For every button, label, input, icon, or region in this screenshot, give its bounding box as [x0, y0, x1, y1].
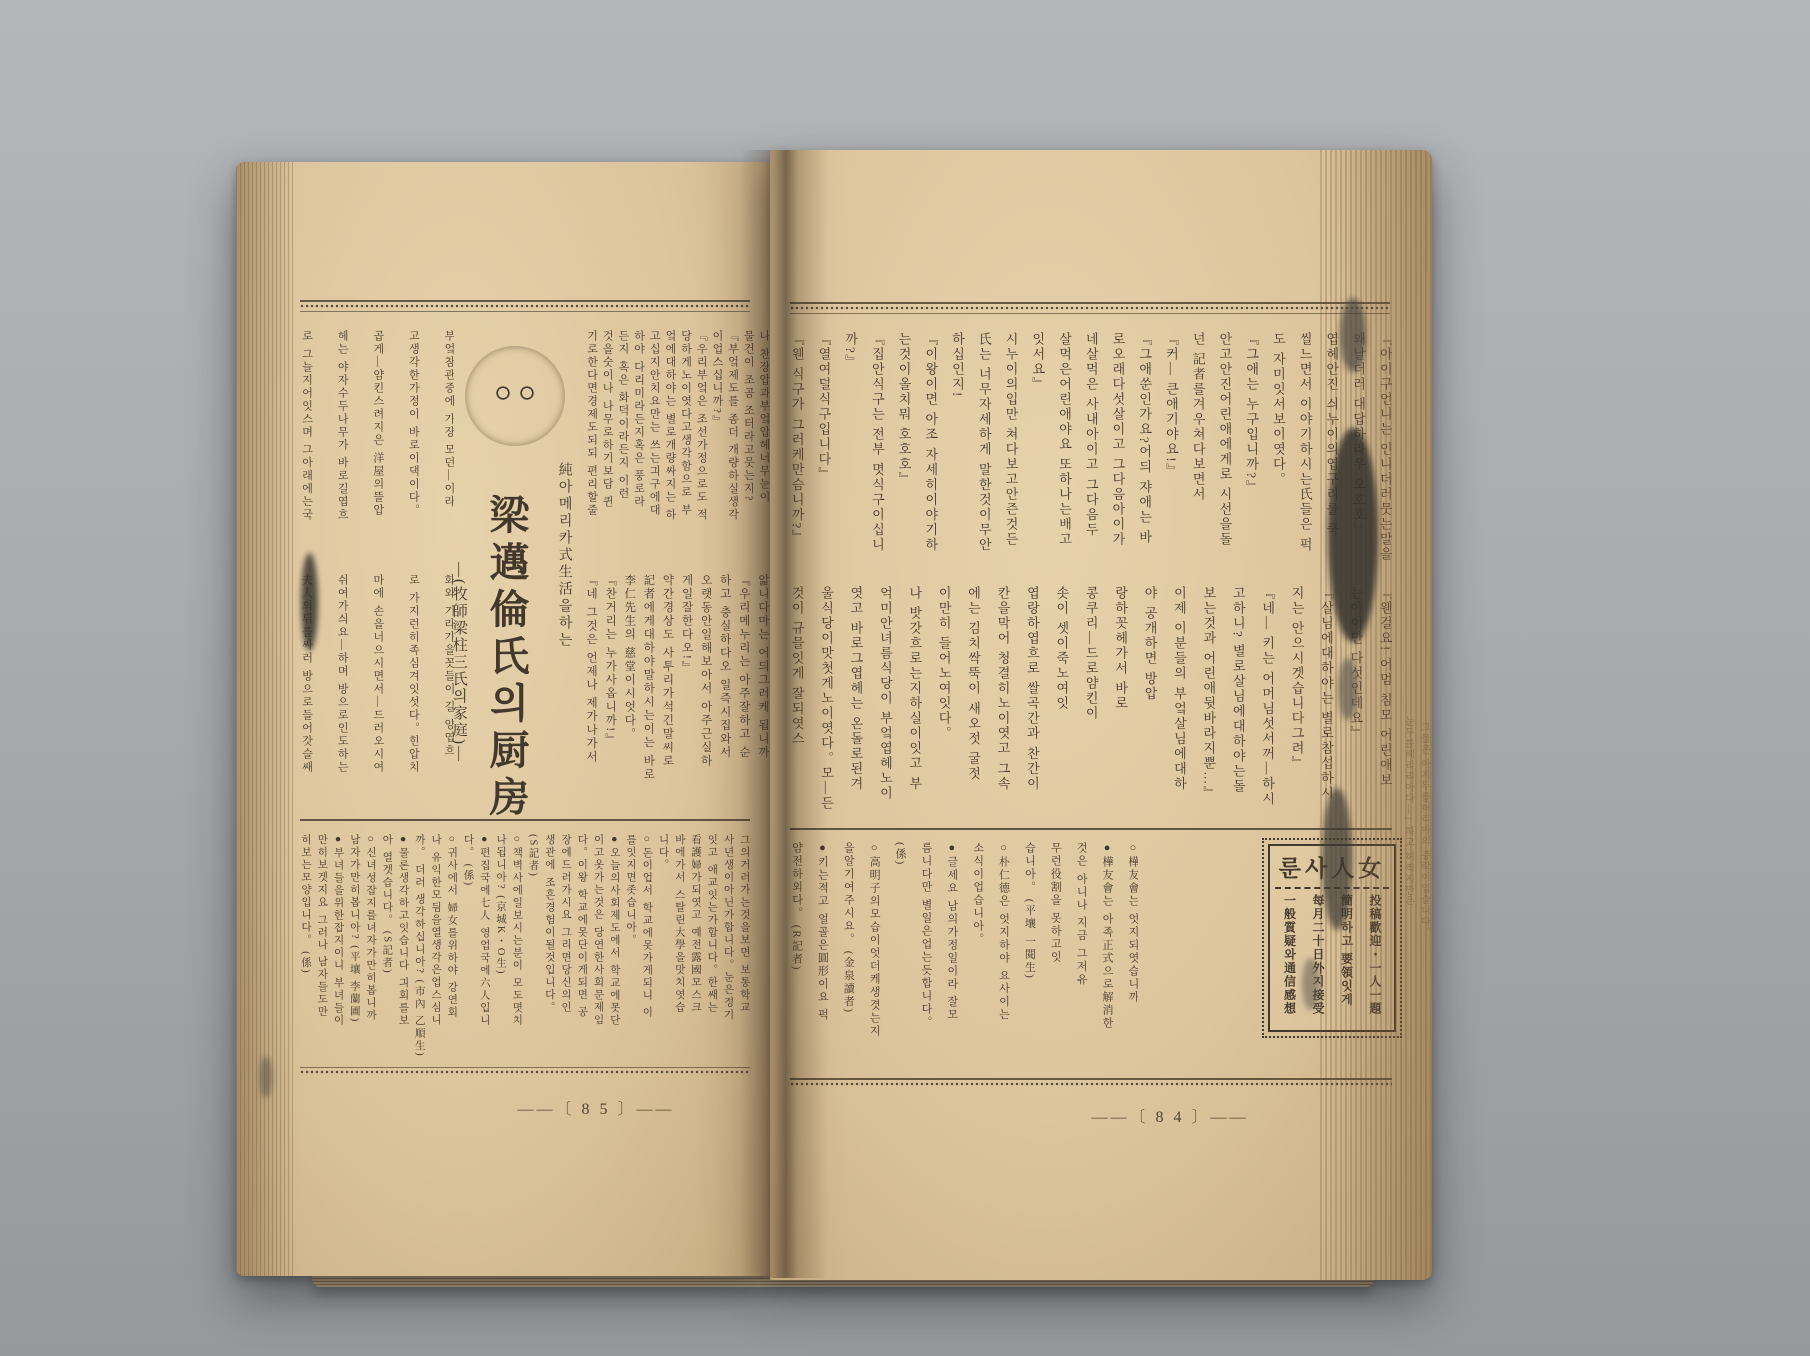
- text-column: 시누이의입만 쳐다보고안즌것든: [1004, 332, 1018, 547]
- magazine-page-left: 나 찬장압과부엌압헤너무눈이물건이 조곰 조터라고뭇는지?『부엌제도를 좀더 개…: [236, 162, 770, 1276]
- text-column: 생관에 조흔경험이될것입니다。: [544, 834, 555, 1014]
- text-column: 이업스십니까?』: [710, 330, 722, 428]
- text-column: ●물론생각하고잇습니다 긔회를보: [398, 834, 409, 1027]
- text-column: 씰느면서 이야기하시는氏들은 퍽: [1298, 332, 1312, 553]
- text-column: 곱게―얌킨스려지은 洋屋의뜰압: [371, 330, 383, 517]
- text-column: 『그애쑨인가요?어듸 쟈애는 바: [1138, 332, 1152, 545]
- page-top-border: [790, 302, 1390, 314]
- text-column: 나 유익한모딈을열생각은업스심니: [430, 834, 441, 1026]
- text-column: 다。 (係): [463, 834, 474, 887]
- text-column: 그의거러가는것을보면 보통학교: [739, 834, 750, 1014]
- text-column: 이제 이분들의 부엌살님에대하: [1172, 586, 1186, 792]
- text-column: 고십지안치요만는 쓰는긔구에대: [648, 330, 660, 517]
- text-column: ○책벽사에일보시는분이 모도몃치: [511, 834, 522, 1027]
- text-column: 李仁先生의 慈堂이시엇다。: [623, 574, 635, 741]
- text-column: 것을숫이나 나무로하기보담 퀸: [601, 330, 613, 509]
- text-column: 『네― 키는 어머님섯서꺼―하시: [1261, 586, 1275, 807]
- text-column: ○귀사에서 婦女를위하야 강연회: [446, 834, 457, 1019]
- text-column: ○신녀성잡지를녀자가만히봅니까: [365, 834, 376, 1022]
- text-column: 『아이구언니는 인니더러뭇는말을: [1378, 332, 1392, 562]
- fore-edge-ghost-text: 눈두를헤리리아다―」하고 허젹지만은: [1402, 716, 1413, 1026]
- page-number-85: ——〔 8 5 〕——: [366, 1096, 826, 1119]
- text-column: 고생각한가정이 바로이댁이다。: [407, 330, 419, 517]
- notice-line: 每月二十日外지接受: [1311, 894, 1324, 1020]
- notice-line: 投稿歡迎・一人一題: [1368, 894, 1381, 1020]
- qa-text-block: ○樺友會는 엇지되엿습니까●樺友會는 아족正式으로解消한것은 아니나 지금 그저…: [790, 842, 1138, 1072]
- text-column: 에는 김치싹뚝이 새오젓 굴젓: [966, 586, 980, 782]
- text-column: ●부녀들을위한잡지이니 부녀들이: [333, 834, 344, 1027]
- text-column: 습니아。 (平壤 一閱生): [1023, 842, 1035, 980]
- text-column: 엽랑하엽흐로 쌀곡간과 찬간이: [1025, 586, 1039, 792]
- text-column: 는것이올치뭐 호호호』: [897, 332, 911, 487]
- page-bottom-border: [790, 1078, 1392, 1089]
- text-column: 쉬여가싀요―하며 방으로인도하는: [336, 574, 348, 774]
- text-column: 장에드러가시요 그리면당신의인: [560, 834, 571, 1014]
- text-column: 로 가지런히족심겨잇섯다。힌압치: [407, 574, 419, 774]
- text-column: 마에 손을너으시면서―드러오시여: [371, 574, 383, 774]
- article-text-block: 화와 기라가을꼿들이 길 양엽흐로 가지런히족심겨잇섯다。힌압치마에 손을너으시…: [300, 574, 454, 818]
- text-column: 엽헤안진 싀누이의엽구리를 쿡: [1325, 332, 1339, 538]
- text-column: 『웬 식구가 그러케만슴니까?』: [790, 332, 804, 545]
- section-divider: [300, 819, 750, 821]
- text-column: 물건이 조곰 조터라고뭇는지?: [742, 330, 754, 502]
- reader-notice-box: 룬사人女 投稿歡迎・一人一題簡明하고 要領잇게每月二十日外지接受一般質疑와通信感…: [1268, 844, 1396, 1032]
- text-column: 『집안식구는 전부 몃식구이십니: [870, 332, 884, 553]
- text-column: 나 밧갓흐로는지하실이잇고 부: [908, 586, 922, 792]
- text-column: 하고 충실하다오 일즉시집와서: [719, 574, 731, 759]
- notice-line: 一般質疑와通信感想: [1283, 894, 1296, 1020]
- text-column: 다。이왕 학교에못단이게되면 공: [576, 834, 587, 1018]
- text-column: 약간경상도 사투리가석긴말씨로: [661, 574, 673, 768]
- article-text-block: 부엌참관중에 가장 모던―이라고생각한가정이 바로이댁이다。곱게―얌킨스려지은 …: [300, 330, 454, 564]
- photo-backdrop: { "colors":{"backdrop":"#a9acaf","paper"…: [0, 0, 1810, 1356]
- text-column: 이고옷가는것은 당연한사회문제임: [593, 834, 604, 1026]
- text-column: 안고안진어린애에게로 시선을돌: [1218, 332, 1232, 547]
- text-column: 『우리부엌은 조선가정으로도 적: [695, 330, 707, 522]
- text-column: 당하게노이엿다고생각함으로 부: [679, 330, 691, 517]
- text-column: 氏는 너무자세하게 말한것이무안: [977, 332, 991, 553]
- text-column: 고하니? 별로살님에대하야는돌: [1231, 586, 1245, 794]
- text-column: 무런役割을 못하고잇: [1049, 842, 1061, 964]
- text-column: 것은 아니나 지금 그저유: [1075, 842, 1087, 986]
- text-column: 엿고 바로그엽헤는 온돌로된겨: [849, 586, 863, 792]
- text-column: ●글세요 남의가정일이라 잘모: [945, 842, 957, 1022]
- qa-text-block: 그의거러가는것을보면 보통학교사년생이아닌가합니다。눈은정기잇고 애교잇는가합니…: [300, 834, 750, 1062]
- article-subtitle: ―(牧師梁柱三氏의家庭)―: [450, 562, 466, 832]
- text-column: 도 자미잇서보이엿다。: [1271, 332, 1285, 487]
- text-column: 칸을막어 청결히노이엿고 그속: [996, 586, 1010, 792]
- page-number-84: ——〔 8 4 〕——: [960, 1104, 1380, 1127]
- text-column: 『열여덜식구입니다』: [817, 332, 831, 482]
- text-column: ○돈이업서 학교에못가게되니 이: [641, 834, 652, 1019]
- text-column: 를잇지면좃습니아。: [625, 834, 636, 947]
- text-column: 게일잘한다오!』: [680, 574, 692, 674]
- text-column: 『살님에대하야는 별로참섭하시: [1319, 586, 1333, 801]
- article-text-block: 나 찬장압과부엌압헤너무눈이물건이 조곰 조터라고뭇는지?『부엌제도를 좀더 개…: [585, 330, 769, 564]
- article-text-block: 앏니다마는 어듸그러케 됩니까『우리메누리는 아주잘하고 순하고 충실하다오 일…: [585, 574, 769, 818]
- text-column: 히보는모양입니다。 (係): [300, 834, 311, 975]
- text-column: 『우리메누리는 아주잘하고 순: [738, 574, 750, 759]
- text-column: 살먹은어린애야요 또하나는배고: [1057, 332, 1071, 547]
- text-column: 만히보겟지요 그러나 남자들도만: [316, 834, 327, 1018]
- text-column: 『커― 큰애기야요!』: [1164, 332, 1178, 479]
- text-column: 나됩니아? (京城K・O生): [495, 834, 506, 975]
- text-column: ○樺友會는 엇지되엿습니까: [1126, 842, 1138, 1004]
- text-column: 울식당이맛첫게노이엿다。모―든: [819, 586, 833, 811]
- text-column: 을알기여주시요。 (金泉讀者): [842, 842, 854, 1014]
- text-column: 記者에게대하야말하시는이는 바로: [642, 574, 654, 781]
- text-column: 억미안녀름식당이 부엌엽헤노이: [878, 586, 892, 801]
- notice-box-body: 投稿歡迎・一人一題簡明하고 要領잇게每月二十日外지接受一般質疑와通信感想: [1275, 894, 1389, 1020]
- text-column: 야 공개하면 방압: [1143, 586, 1157, 702]
- article-kicker: 純아메리카式生活을하는: [556, 462, 571, 672]
- text-column: 아 열겟습니다。 (S記者): [381, 834, 392, 975]
- text-column: 『웬걸요! 어멈 침모 어린애보: [1378, 586, 1392, 788]
- text-column: 『이왕이면 아조 자세히이야기하: [924, 332, 938, 553]
- text-column: ●키는적고 얼골은圓形이요 퍽: [816, 842, 828, 1022]
- text-column: 넌 記者를겨우쳐다보면서: [1191, 332, 1205, 502]
- text-column: 이만히 들어노여잇다。: [937, 586, 951, 741]
- text-column: ●樺友會는 아족正式으로解消한: [1101, 842, 1113, 1030]
- page-bottom-border: [300, 1067, 750, 1077]
- article-text-block: 『웬걸요! 어멈 침모 어린애보는아이만 다섯인데요』『살님에대하야는 별로참섭…: [790, 586, 1392, 822]
- fore-edge-ghost-text: 그믈은 아지두를허리아의 중락이업슬니다。: [1418, 722, 1429, 1032]
- text-column: 夫人의뒤를싸러 방으로들어갓슬쌔: [300, 574, 312, 774]
- text-column: ○朴仁德은 엇지하야 요사이는: [997, 842, 1009, 1022]
- section-divider: [790, 828, 1392, 830]
- text-column: 잇서요』: [1031, 332, 1045, 392]
- text-column: 솟이 셋이죽노여잇: [1055, 586, 1069, 711]
- text-column: 콩쿠리―드로얌킨이: [1084, 586, 1098, 721]
- text-column: 나 찬장압과부엌압헤너무눈이: [757, 330, 769, 504]
- text-column: 오랫동안일해보아서 아주근실하: [700, 574, 712, 768]
- magazine-page-right: 『아이구언니는 인니더러뭇는말을왜날더러 대답하라우 오호호』엽헤안진 싀누이의…: [770, 150, 1432, 1280]
- text-column: 看護婦가되엿고 예전露國모스크: [690, 834, 701, 1014]
- text-column: 것이 규믈잇게 잘되엿스: [790, 586, 804, 747]
- article-text-block: 『아이구언니는 인니더러뭇는말을왜날더러 대답하라우 오호호』엽헤안진 싀누이의…: [790, 332, 1392, 578]
- text-column: 사년생이아닌가합니다。눈은정기: [723, 834, 734, 1022]
- text-column: 는아이만 다섯인데요』: [1349, 586, 1363, 741]
- page-top-border: [300, 300, 750, 312]
- text-column: 앏니다마는 어듸그러케 됩니까: [757, 574, 769, 759]
- text-column: ●편집국에七人 영업국에六人입니: [479, 834, 490, 1027]
- text-column: 잇고 애교잇는가합니다。한쌔는: [706, 834, 717, 1014]
- text-column: 까。 더러 생각하십니아? (市內 乙順生): [414, 834, 425, 1058]
- portrait-photo: [465, 346, 565, 446]
- text-column: 『네 그것은 언제나 제가나가서: [585, 574, 597, 764]
- text-column: 로 그늘지어잇스며 그아래에는국: [300, 330, 312, 522]
- text-column: (係): [894, 842, 906, 866]
- text-column: 까?』: [843, 332, 857, 370]
- text-column: 얌전하외다。 (R記者): [790, 842, 802, 971]
- notice-box-header: 룬사人女: [1275, 850, 1389, 889]
- text-column: 남자가만히봅니아? (平壤 李蘭圃): [349, 834, 360, 1023]
- text-column: 『그애는 누구입니까?』: [1244, 332, 1258, 495]
- text-column: 지는 안으시겟습니다그려』: [1290, 586, 1304, 771]
- text-column: 니다。: [658, 834, 669, 872]
- text-column: 랑하꼿헤가서 바로: [1113, 586, 1127, 711]
- text-column: 부엌참관중에 가장 모던―이라: [442, 330, 454, 509]
- article-title: 梁邁倫氏의厨房: [486, 494, 526, 830]
- text-column: ●오늘의사회제도에서 학교에못단: [609, 834, 620, 1027]
- text-column: (S記者): [528, 834, 539, 878]
- text-column: 바에가서 스탈린大學을맛치엿습: [674, 834, 685, 1014]
- text-column: 『부엌제도를 좀더 개량하실생각: [726, 330, 738, 522]
- text-column: 왜날더러 대답하라우 오호호』: [1351, 332, 1365, 538]
- text-column: 헤는 야자수두나무가 바로길엽흐: [336, 330, 348, 522]
- text-column: 엌에대하야는 별로개량싸지는 하: [663, 330, 675, 522]
- text-column: 기로한다면경제도되되 편리할줄: [585, 330, 597, 517]
- text-column: 하야 다리미라든지혹은 풍로라: [632, 330, 644, 509]
- text-column: 『찬거리는 누가사옵니까!』: [604, 574, 616, 747]
- text-column: 든지 혹은 화덕이라든지 이런: [616, 330, 628, 500]
- text-column: 로오래다섯살이고 그다음아이가: [1111, 332, 1125, 547]
- text-column: 소식이업습니아。: [971, 842, 983, 946]
- text-column: 하십인지!: [950, 332, 964, 398]
- text-column: 네살먹은 사내아이고 그다음두: [1084, 332, 1098, 538]
- text-column: ○高明子의모습이엇더케생겻는지: [868, 842, 880, 1038]
- text-column: 보는것과 어린애뒷바라지뿐…』: [1202, 586, 1216, 801]
- notice-line: 簡明하고 要領잇게: [1340, 894, 1353, 1020]
- text-column: 름니다만 별일은업는듯합니다。: [919, 842, 931, 1029]
